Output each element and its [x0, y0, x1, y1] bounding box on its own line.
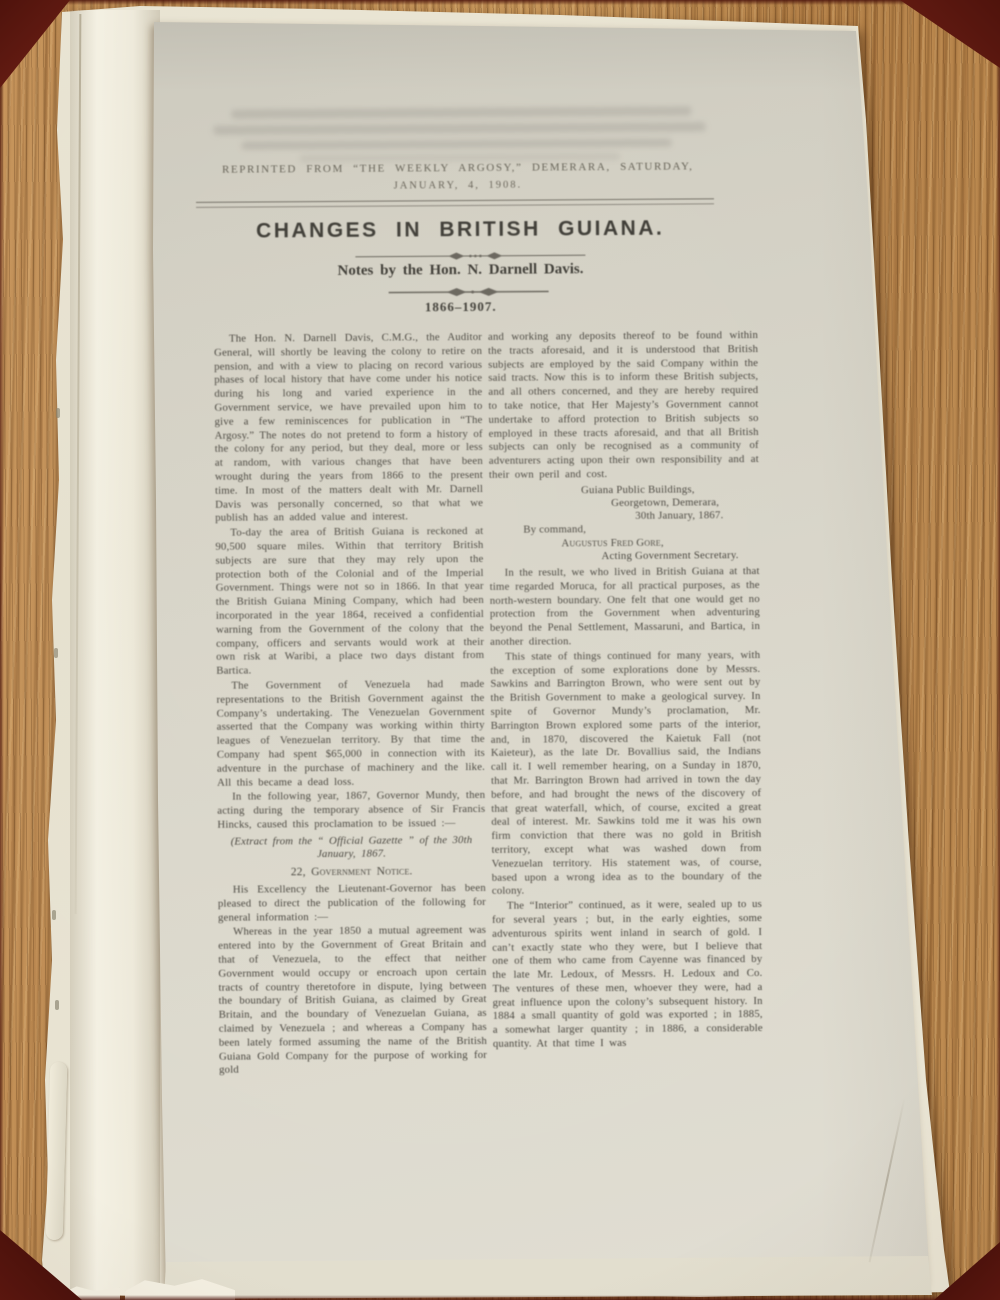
paragraph: The Government of Venezuela had made rep… — [216, 678, 485, 790]
ghost-text-smudge — [231, 106, 691, 118]
reprint-date-line: JANUARY, 4, 1908. — [203, 178, 713, 193]
document-year-range: 1866–1907. — [201, 297, 721, 317]
right-text-column: and working any deposits thereof to be f… — [488, 329, 763, 1052]
ornament-divider-top — [355, 250, 585, 262]
paragraph: The Hon. N. Darnell Davis, C.M.G., the A… — [214, 331, 483, 526]
gazette-extract-line: (Extract from the “ Official Gazette ” o… — [227, 834, 475, 863]
ghost-text-smudge — [213, 122, 705, 134]
address-line-date: 30th January, 1867. — [489, 509, 759, 524]
paragraph: To-day the area of British Guiana is rec… — [215, 525, 484, 679]
paragraph: His Excellency the Lieutenant-Governor h… — [218, 882, 486, 925]
left-text-column: The Hon. N. Darnell Davis, C.M.G., the A… — [214, 331, 487, 1078]
paragraph: Whereas in the year 1850 a mutual agreem… — [218, 924, 487, 1078]
address-block: Guiana Public Buildings, Georgetown, Dem… — [489, 483, 760, 564]
document-title: CHANGES IN BRITISH GUIANA. — [200, 216, 720, 244]
ornament-divider-bottom — [389, 286, 549, 297]
paragraph: In the following year, 1867, Governor Mu… — [217, 789, 485, 832]
paragraph: This state of things continued for many … — [490, 649, 762, 899]
photo-of-pamphlet-on-table: REPRINTED FROM “THE WEEKLY ARGOSY,” DEME… — [0, 0, 1000, 1300]
header-double-rule — [196, 198, 714, 208]
document-subtitle: Notes by the Hon. N. Darnell Davis. — [200, 260, 720, 281]
paragraph: and working any deposits thereof to be f… — [488, 329, 759, 483]
paragraph: The “Interior” continued, as it were, se… — [492, 898, 763, 1052]
government-notice-heading: 22, Government Notice. — [218, 865, 486, 881]
printed-page-content: REPRINTED FROM “THE WEEKLY ARGOSY,” DEME… — [0, 0, 1000, 1300]
reprint-source-line: REPRINTED FROM “THE WEEKLY ARGOSY,” DEME… — [203, 160, 713, 176]
paragraph: In the result, we who lived in British G… — [490, 565, 761, 650]
ghost-text-smudge — [242, 139, 672, 150]
signature-title: Acting Government Secretary. — [489, 549, 759, 564]
